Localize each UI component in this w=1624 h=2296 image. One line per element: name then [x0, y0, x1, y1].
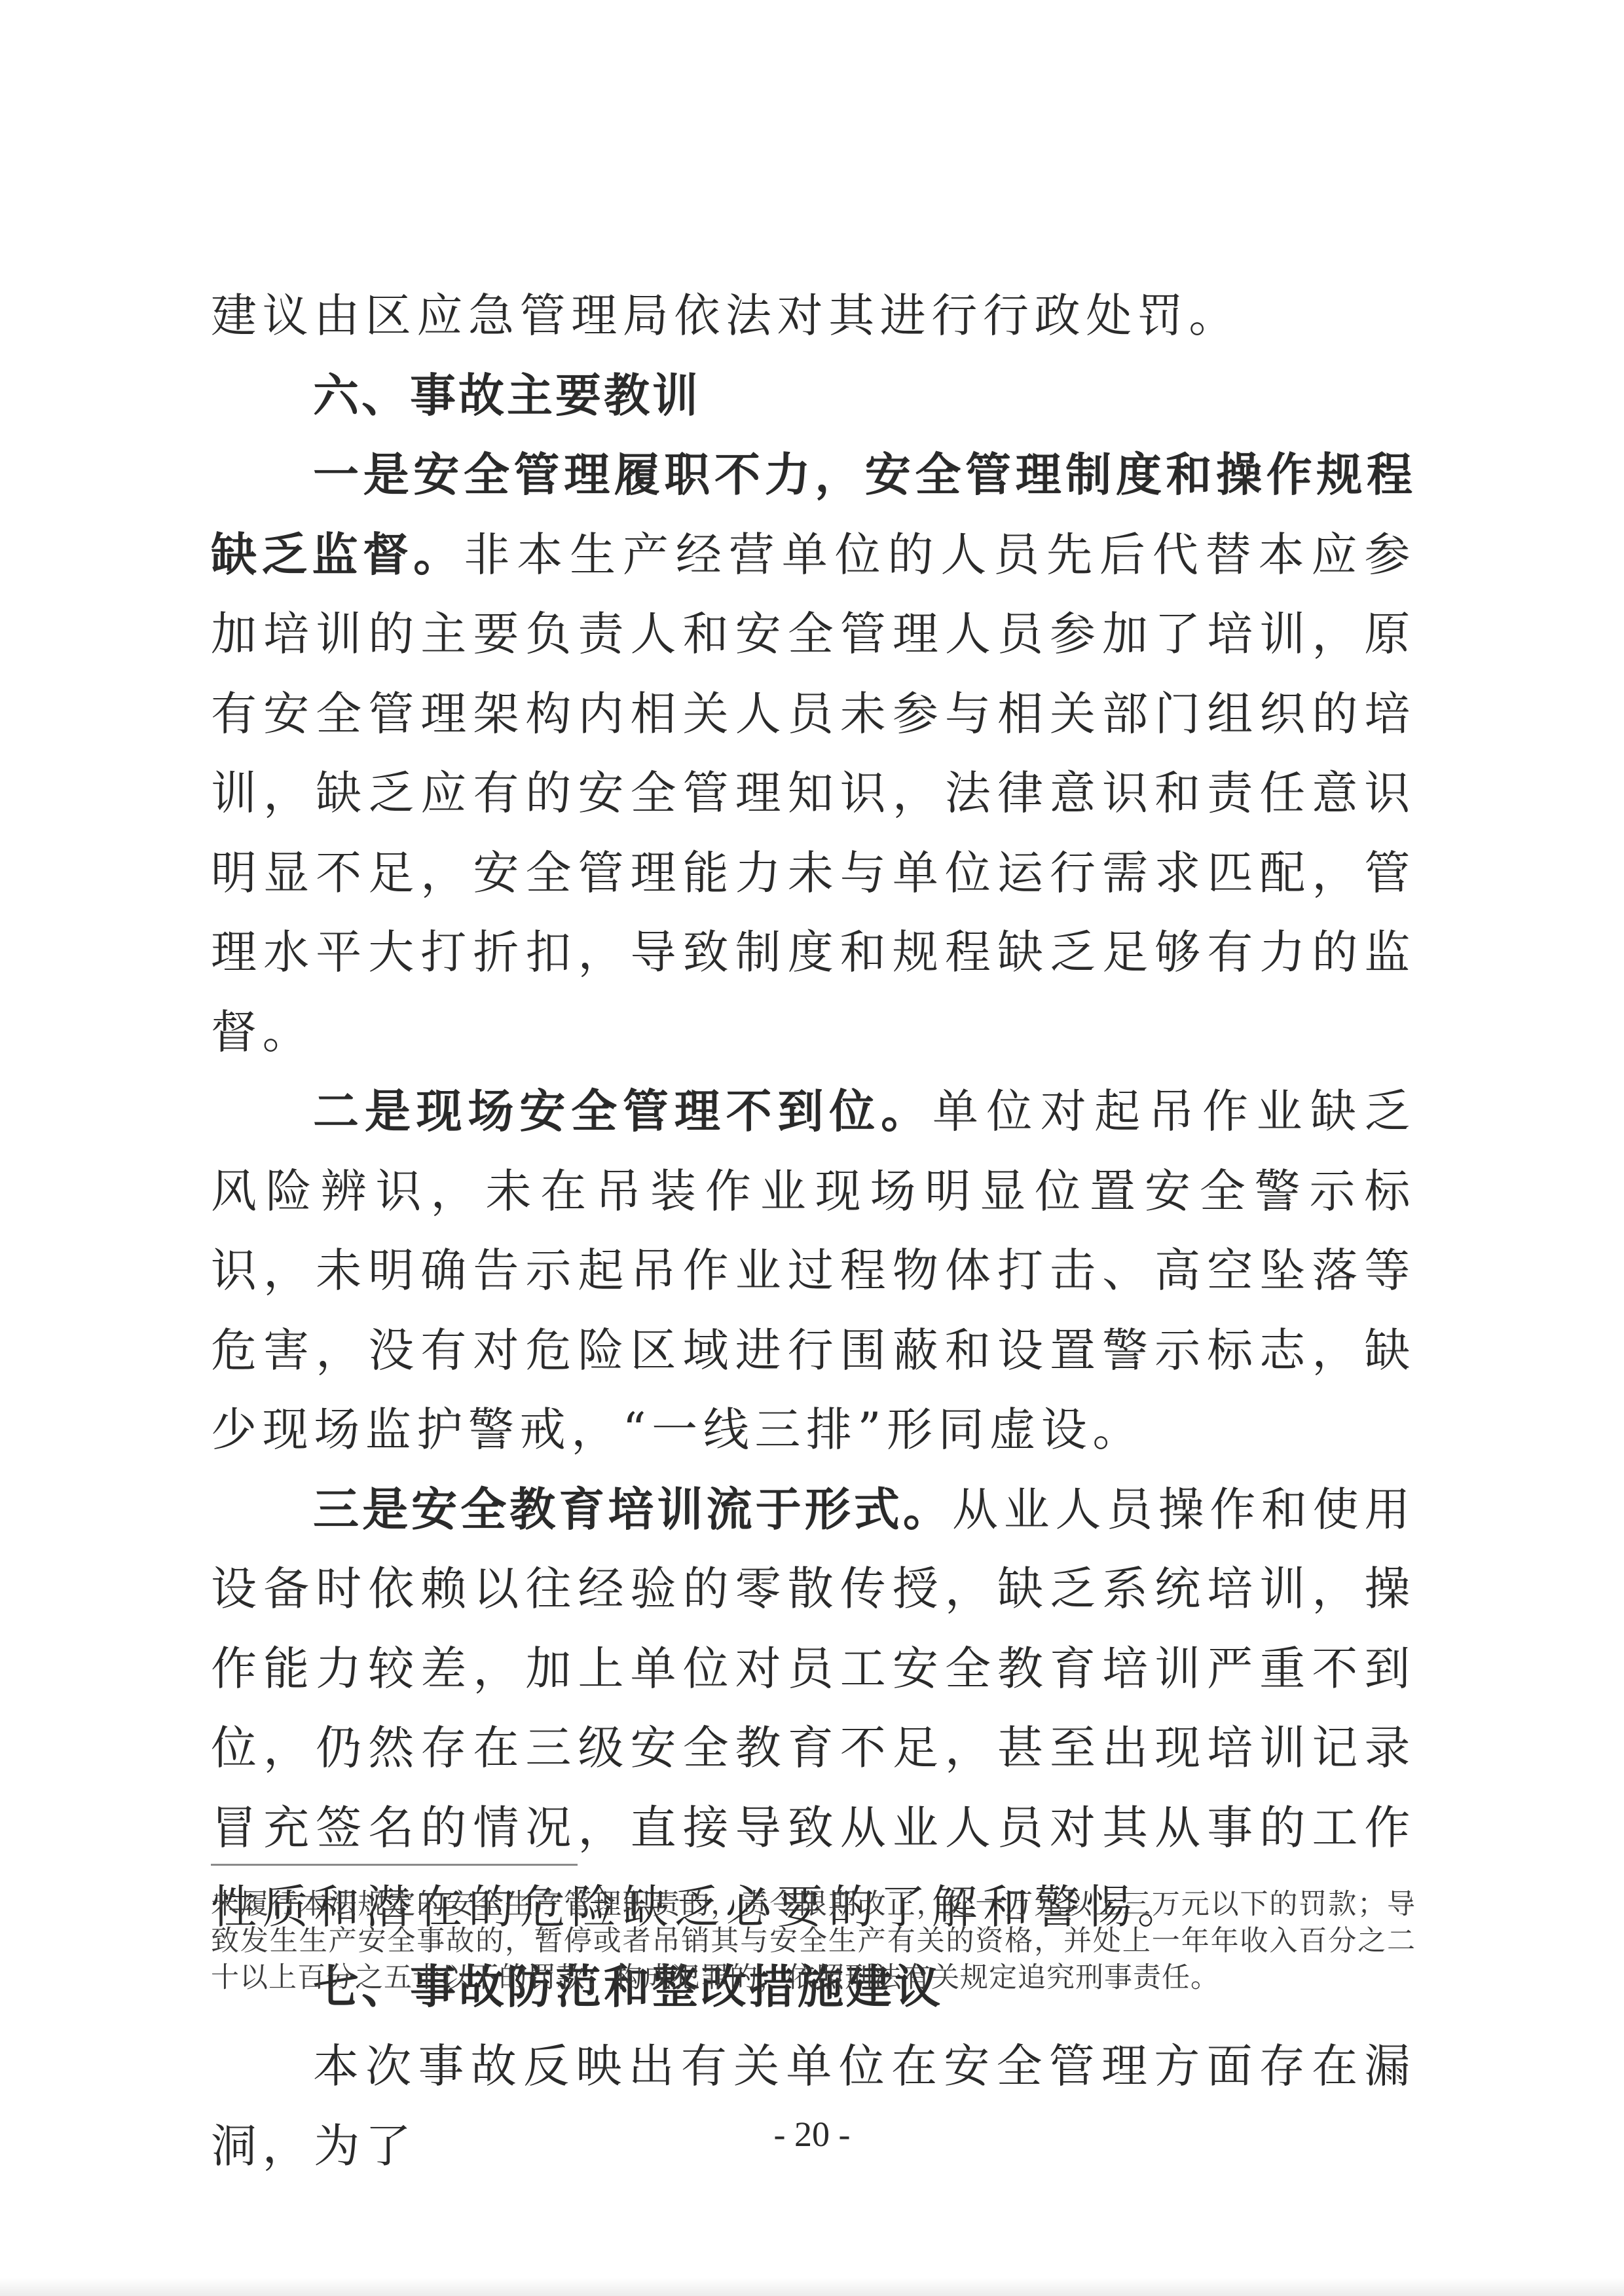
lesson-text-1: 非本生产经营单位的人员先后代替本应参加培训的主要负责人和安全管理人员参加了培训，… [211, 528, 1416, 1059]
paragraph-prevention-intro: 本次事故反映出有关单位在安全管理方面存在漏洞，为了 [211, 2027, 1416, 2186]
document-page: 建议由区应急管理局依法对其进行行政处罚。 六、事故主要教训 一是安全管理履职不力… [0, 0, 1624, 2296]
page-number: - 20 - [0, 2114, 1624, 2155]
section-heading-lessons: 六、事故主要教训 [211, 356, 1416, 436]
lesson-text-3: 从业人员操作和使用设备时依赖以往经验的零散传授，缺乏系统培训，操作能力较差，加上… [211, 1483, 1416, 1935]
footnote-divider [211, 1864, 578, 1866]
lesson-lead-3: 三是安全教育培训流于形式。 [313, 1483, 952, 1536]
paragraph-continuation: 建议由区应急管理局依法对其进行行政处罚。 [211, 276, 1416, 356]
footnote-text: 未履行本法规定的安全生产管理职责的，责令限期改正，处一万元以上三万元以下的罚款；… [211, 1886, 1416, 1996]
lesson-text-2: 单位对起吊作业缺乏风险辨识，未在吊装作业现场明显位置安全警示标识，未明确告示起吊… [211, 1084, 1416, 1456]
lesson-paragraph-1: 一是安全管理履职不力，安全管理制度和操作规程缺乏监督。非本生产经营单位的人员先后… [211, 435, 1416, 1072]
lesson-paragraph-2: 二是现场安全管理不到位。单位对起吊作业缺乏风险辨识，未在吊装作业现场明显位置安全… [211, 1072, 1416, 1470]
page-bottom-edge [0, 2278, 1624, 2296]
lesson-paragraph-3: 三是安全教育培训流于形式。从业人员操作和使用设备时依赖以往经验的零散传授，缺乏系… [211, 1470, 1416, 1948]
lesson-lead-2: 二是现场安全管理不到位。 [313, 1084, 932, 1138]
